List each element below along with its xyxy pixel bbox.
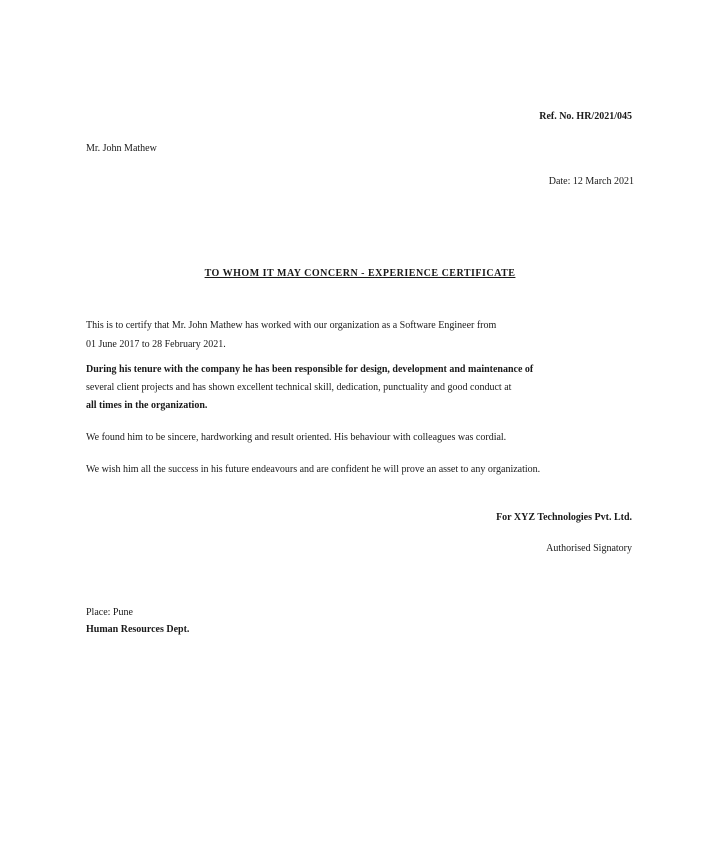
signature-company: For XYZ Technologies Pvt. Ltd. bbox=[496, 512, 632, 524]
letter-date: Date: 12 March 2021 bbox=[549, 176, 634, 188]
paragraph-line: 01 June 2017 to 28 February 2021. bbox=[86, 339, 226, 351]
reference-number: Ref. No. HR/2021/045 bbox=[539, 111, 632, 123]
letter-title: TO WHOM IT MAY CONCERN - EXPERIENCE CERT… bbox=[0, 268, 720, 279]
paragraph-line: We found him to be sincere, hardworking … bbox=[86, 432, 506, 444]
paragraph-line: several client projects and has shown ex… bbox=[86, 382, 511, 394]
footer-department: Human Resources Dept. bbox=[86, 624, 189, 636]
footer-place: Place: Pune bbox=[86, 607, 133, 619]
paragraph-line: During his tenure with the company he ha… bbox=[86, 364, 533, 376]
signature-designation: Authorised Signatory bbox=[546, 543, 632, 555]
recipient-name: Mr. John Mathew bbox=[86, 143, 157, 155]
paragraph-line: all times in the organization. bbox=[86, 400, 207, 412]
paragraph-line: We wish him all the success in his futur… bbox=[86, 464, 540, 476]
letter-page: Ref. No. HR/2021/045 Mr. John Mathew Dat… bbox=[0, 0, 720, 846]
paragraph-line: This is to certify that Mr. John Mathew … bbox=[86, 320, 496, 332]
